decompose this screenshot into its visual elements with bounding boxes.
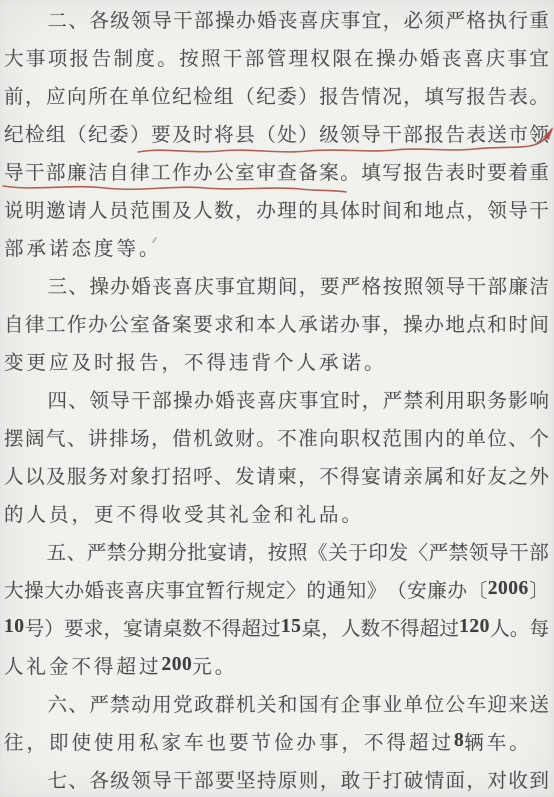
text-line: 变更应及时报告，不得违背个人承诺。 xyxy=(4,342,549,380)
number-segment: 2006 xyxy=(488,578,529,600)
text-segment: 的人员，更不得收受其礼金和礼品。 xyxy=(4,499,364,527)
number-segment: 120 xyxy=(459,616,490,638)
text-line: 的人员，更不得收受其礼金和礼品。 xyxy=(4,494,549,532)
text-line: 往，即使使用私家车也要节俭办事，不得超过8辆车。 xyxy=(4,722,549,760)
text-line: 人礼金不得超过200元。 xyxy=(4,646,549,684)
text-line: 四、领导干部操办婚丧喜庆事宜时，严禁利用职务影响 xyxy=(4,380,549,418)
text-line: 大事项报告制度。按照干部管理权限在操办婚丧喜庆事宜 xyxy=(4,38,549,76)
text-line: 大操大办婚丧喜庆事宜暂行规定〉的通知》（安廉办〔2006〕 xyxy=(4,570,549,608)
text-line: 纪检组（纪委）要及时将县（处）级领导干部报告表送市领 xyxy=(4,114,549,152)
document-body: 二、各级领导干部操办婚丧喜庆事宜，必须严格执行重大事项报告制度。按照干部管理权限… xyxy=(4,0,549,797)
text-segment: 变更应及时报告，不得违背个人承诺。 xyxy=(4,347,387,375)
text-line: 人以及服务对象打招呼、发请柬，不得宴请亲属和好友之外 xyxy=(4,456,549,494)
text-line: 六、严禁动用党政群机关和国有企事业单位公车迎来送 xyxy=(4,684,549,722)
text-line: 三、操办婚丧喜庆事宜期间，要严格按照领导干部廉洁 xyxy=(4,266,549,304)
text-line: 七、各级领导干部要坚持原则，敢于打破情面，对收到 xyxy=(4,760,549,797)
number-segment: 10 xyxy=(4,616,25,638)
text-segment: 辆车。 xyxy=(464,727,532,755)
scanned-document-page: 二、各级领导干部操办婚丧喜庆事宜，必须严格执行重大事项报告制度。按照干部管理权限… xyxy=(0,0,554,797)
text-segment: 部承诺态度等。 xyxy=(4,233,162,261)
text-line: 二、各级领导干部操办婚丧喜庆事宜，必须严格执行重 xyxy=(4,0,549,38)
number-segment: 15 xyxy=(281,616,302,638)
text-line: 摆阔气、讲排场，借机敛财。不准向职权范围内的单位、个 xyxy=(4,418,549,456)
text-segment: 人礼金不得超过 xyxy=(4,651,162,679)
text-line: 部承诺态度等。 xyxy=(4,228,549,266)
text-line: 10号）要求，宴请桌数不得超过15桌，人数不得超过120人。每 xyxy=(4,608,549,646)
text-line: 五、严禁分期分批宴请，按照《关于印发〈严禁领导干部 xyxy=(4,532,549,570)
text-line: 前，应向所在单位纪检组（纪委）报告情况，填写报告表。 xyxy=(4,76,549,114)
text-line: 说明邀请人员范围及人数，办理的具体时间和地点，领导干 xyxy=(4,190,549,228)
number-segment: 200 xyxy=(162,654,193,676)
text-segment: 往，即使使用私家车也要节俭办事，不得超过 xyxy=(4,727,454,755)
number-segment: 8 xyxy=(454,730,464,752)
text-line: 导干部廉洁自律工作办公室审查备案。填写报告表时要着重 xyxy=(4,152,549,190)
text-line: 自律工作办公室备案要求和本人承诺办事，操办地点和时间 xyxy=(4,304,549,342)
text-segment: 元。 xyxy=(192,651,237,679)
